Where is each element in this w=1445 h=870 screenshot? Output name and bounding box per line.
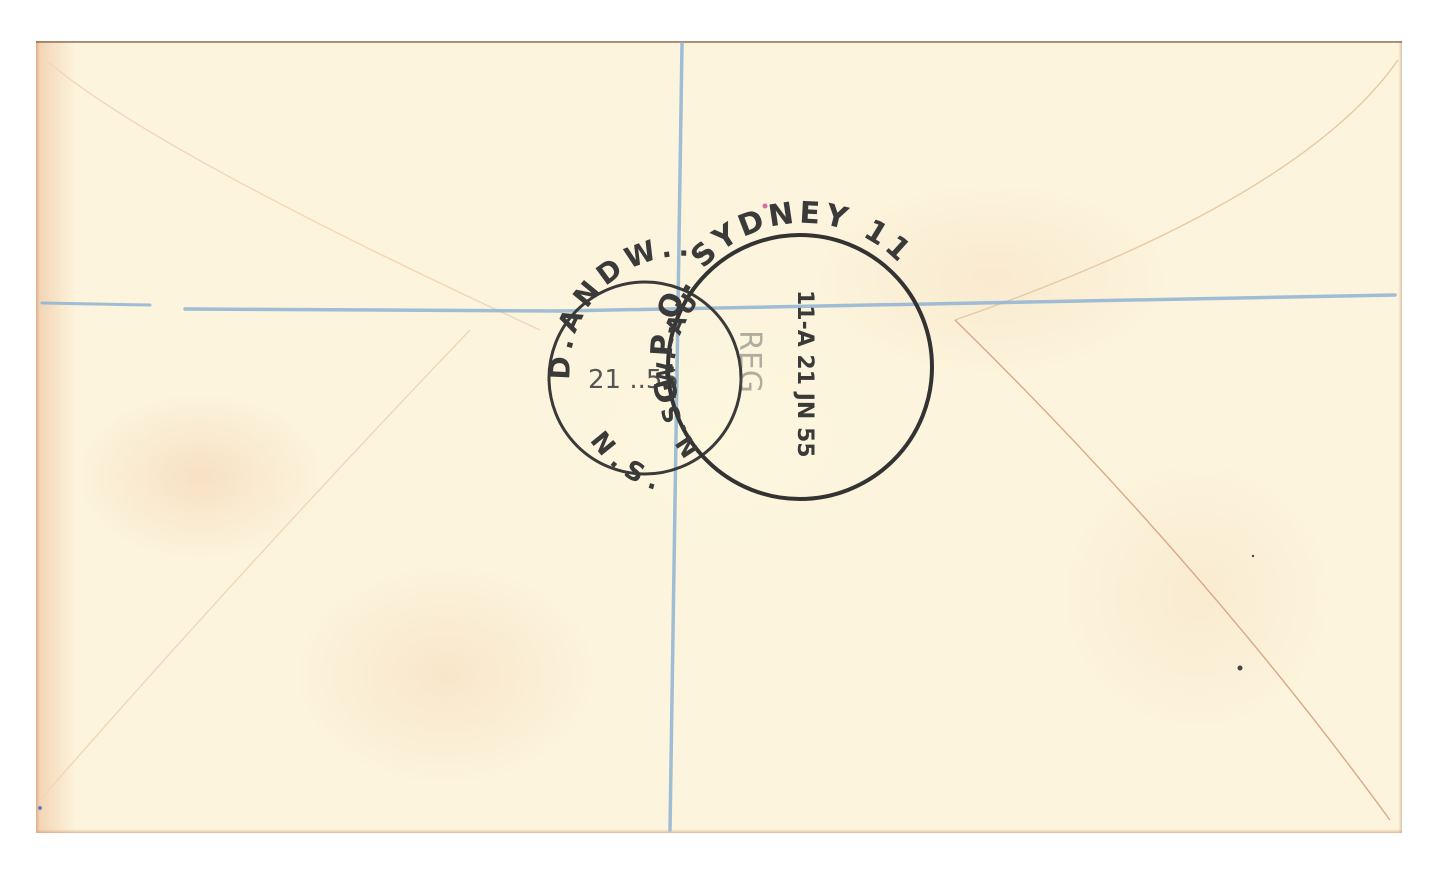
top-right-crease (955, 60, 1398, 320)
bottom-left-crease (40, 330, 470, 800)
envelope-marks: D.ANDW... 21 ..55 N.S. G.P.O. SYDNEY 11 … (0, 0, 1445, 870)
registration-horizontal-line-a (42, 303, 150, 305)
paper-specks (38, 204, 1254, 811)
right-postmark-reg-mark: REG (732, 330, 767, 393)
top-left-crease (46, 60, 540, 330)
registration-lines (42, 44, 1395, 830)
registration-horizontal-line-b (185, 309, 560, 311)
right-postmark: G.P.O. SYDNEY 11 N.S.W.-AUST. 11-A 21 JN… (0, 0, 932, 499)
bottom-right-crease (955, 320, 1390, 820)
right-postmark-date: 11-A 21 JN 55 (792, 290, 817, 458)
